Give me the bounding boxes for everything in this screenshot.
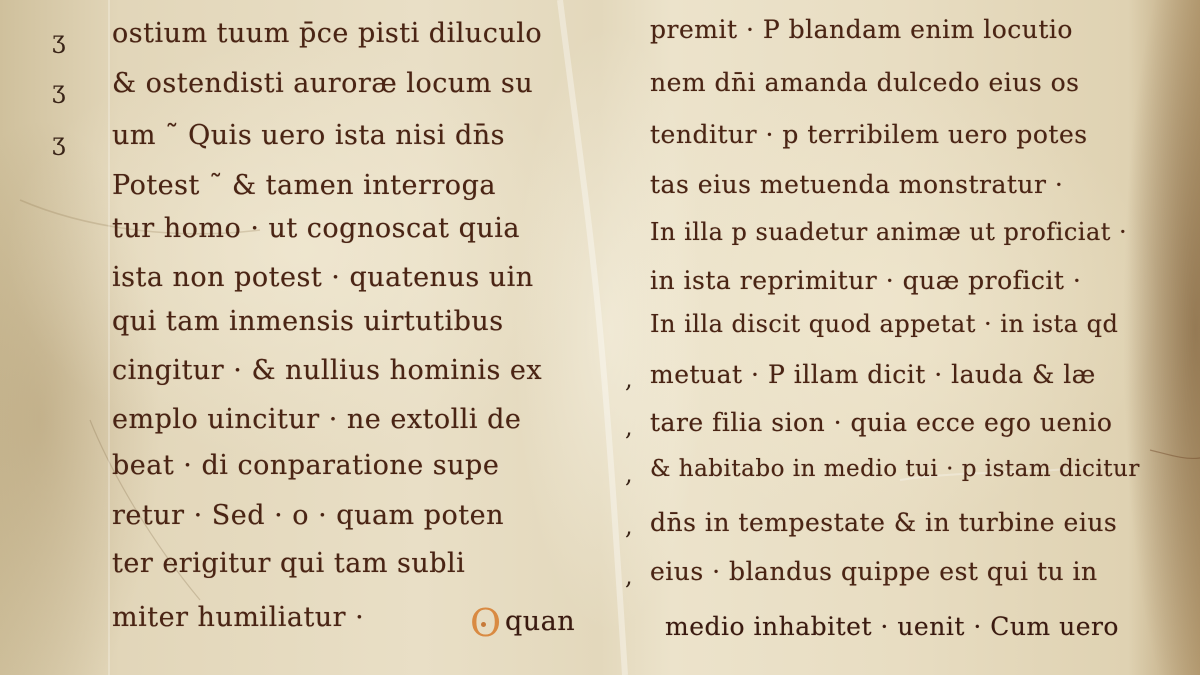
margin-mark: ʒ (52, 76, 66, 104)
text-line: tare filia sion · quia ecce ego uenio (650, 408, 1112, 437)
text-line-tail: quan (505, 606, 575, 637)
text-line: In illa discit quod appetat · in ista qd (650, 310, 1118, 338)
margin-mark: , (625, 413, 633, 441)
text-line: retur · Sed · o · quam poten (112, 500, 504, 531)
text-line: & ostendisti auroræ locum su (112, 68, 533, 99)
margin-mark: ʒ (52, 26, 66, 54)
initial-dot (481, 622, 486, 627)
ruling-line-left (108, 0, 110, 675)
margin-mark: , (625, 365, 633, 393)
text-line: dn̄s in tempestate & in turbine eius (650, 508, 1117, 537)
text-line: metuat · P illam dicit · lauda & læ (650, 360, 1096, 389)
text-line: nem dn̄i amanda dulcedo eius os (650, 68, 1080, 97)
text-line: eius · blandus quippe est qui tu in (650, 557, 1098, 586)
text-line: Potest ˜ & tamen interroga (112, 170, 496, 201)
text-line: In illa p suadetur animæ ut proficiat · (650, 218, 1127, 246)
text-line: cingitur · & nullius hominis ex (112, 355, 542, 386)
text-line: qui tam inmensis uirtutibus (112, 306, 504, 337)
text-line: beat · di conparatione supe (112, 450, 499, 481)
text-line: tenditur · p terribilem uero potes (650, 120, 1088, 149)
text-line: miter humiliatur · (112, 602, 364, 633)
text-line: ter erigitur qui tam subli (112, 548, 465, 579)
text-line: medio inhabitet · uenit · Cum uero (665, 612, 1119, 641)
text-line: premit · P blandam enim locutio (650, 15, 1073, 44)
text-line: in ista reprimitur · quæ proficit · (650, 266, 1081, 295)
text-line: ostium tuum p̄ce pisti diluculo (112, 18, 542, 49)
text-line: ista non potest · quatenus uin (112, 262, 534, 293)
text-line: tur homo · ut cognoscat quia (112, 213, 520, 244)
margin-mark: , (625, 512, 633, 540)
text-line: tas eius metuenda monstratur · (650, 170, 1063, 199)
margin-mark: ʒ (52, 128, 66, 156)
text-line: um ˜ Quis uero ista nisi dn̄s (112, 120, 505, 151)
text-line: & habitabo in medio tui · p istam dicitu… (650, 456, 1140, 482)
text-line: emplo uincitur · ne extolli de (112, 404, 521, 435)
margin-mark: , (625, 562, 633, 590)
margin-mark: , (625, 460, 633, 488)
